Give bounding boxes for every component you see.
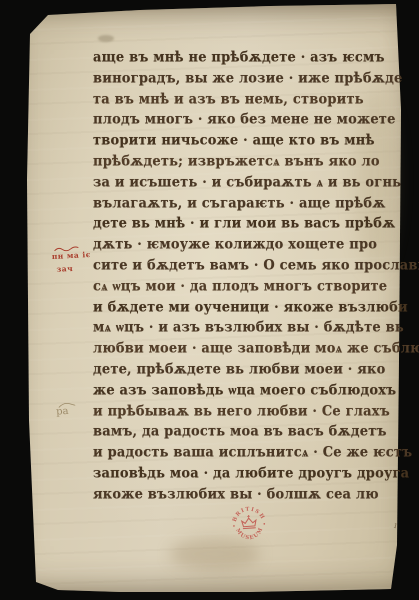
text-line: сите и бѫдетъ вамъ · О семь яко прослави: [93, 256, 350, 278]
text-line: вълагаѫть, и съгараѥть · аще прѣбѫ: [93, 194, 350, 216]
gloss-text: ра: [56, 406, 69, 418]
text-line: и прѣбываѫ вь него любви · Се глахъ: [93, 402, 350, 424]
text-line: якоже възлюбих вы · болшѫ сеа лю: [93, 485, 350, 507]
stamp-text-top: BRITISH: [231, 506, 266, 524]
text-line: дѫть · ѥмоуже колиждо хощете про: [93, 235, 350, 257]
text-line: заповѣдь моа · да любите дроугъ дроуга: [93, 464, 350, 486]
text-line: и бѫдете ми оученици · якоже възлюби: [93, 298, 350, 320]
text-line: виноградъ, вы же лозие · иже прѣбѫде: [93, 69, 350, 91]
text-line: творити ничьсоже · аще кто въ мнѣ: [93, 131, 350, 153]
text-line: вамъ, да радость моа въ васъ бѫдетъ: [93, 422, 350, 444]
manuscript-text-block: аще въ мнѣ не прѣбѫдете · азъ ѥсмъ виног…: [93, 48, 350, 506]
lection-rubric-note: пн ма іє зач: [51, 245, 91, 274]
svg-text:BRITISH: BRITISH: [231, 506, 266, 524]
text-line: мѧ ѡцъ · и азъ възлюбих вы · бѫдѣте вь: [93, 318, 350, 340]
text-line: за и исъшеть · и събираѫть ѧ и вь огнь: [93, 173, 350, 195]
manuscript-photo: аще въ мнѣ не прѣбѫдете · азъ ѥсмъ виног…: [0, 0, 419, 600]
rubric-day-label: пн ма іє: [52, 251, 91, 262]
text-line: плодъ многъ · яко без мене не можете: [93, 110, 350, 132]
rubric-zachalo-label: зач: [56, 263, 91, 273]
text-line: дете вь мнѣ · и гли мои вь васъ прѣбѫ: [93, 214, 350, 236]
text-line: та въ мнѣ и азъ въ немь, створить: [93, 90, 350, 112]
crown-stamp-icon: BRITISH MUSEUM: [229, 502, 270, 545]
text-line: аще въ мнѣ не прѣбѫдете · азъ ѥсмъ: [93, 48, 350, 70]
british-museum-stamp: BRITISH MUSEUM: [229, 502, 270, 545]
erased-folio-number-smudge: [98, 35, 114, 42]
text-line: прѣбѫдеть; извръжетсѧ вънъ яко ло: [93, 152, 350, 174]
text-line: любви моеи · аще заповѣди моѧ же съблю: [93, 339, 350, 361]
margin-gloss: ра: [56, 401, 77, 417]
text-line: же азъ заповѣдь ѡца моего съблюдохъ: [93, 381, 350, 403]
text-line: и радость ваша исплънитсѧ · Се же ѥстъ: [93, 443, 350, 465]
text-line: сѧ ѡцъ мои · да плодъ многъ створите: [93, 277, 350, 299]
text-line: дете, прѣбѫдете вь любви моеи · яко: [93, 360, 350, 382]
stamp-crown-glyph: [241, 515, 256, 529]
